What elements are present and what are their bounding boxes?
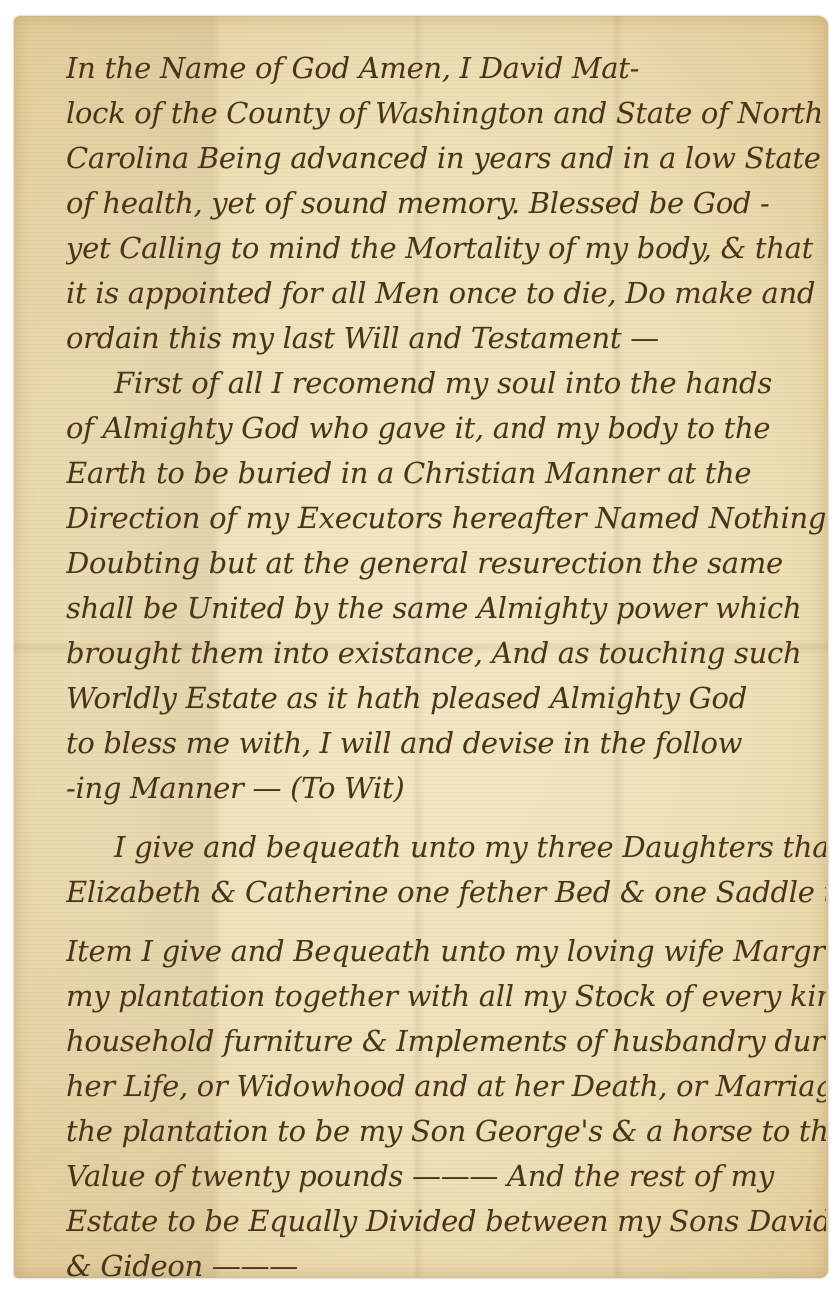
will-text: In the Name of God Amen, I David Mat- lo… [66,46,826,1289]
text-line: Estate to be Equally Divided between my … [66,1199,826,1244]
text-line: -ing Manner — (To Wit) [66,766,826,811]
text-line: I give and bequeath unto my three Daught… [66,825,826,870]
text-line: Earth to be buried in a Christian Manner… [66,451,826,496]
text-line: to bless me with, I will and devise in t… [66,721,826,766]
text-line: & Gideon ——— [66,1244,826,1289]
text-line: the plantation to be my Son George's & a… [66,1109,826,1154]
text-line: it is appointed for all Men once to die,… [66,271,826,316]
text-line: of Almighty God who gave it, and my body… [66,406,826,451]
text-line: brought them into existance, And as touc… [66,631,826,676]
text-line: Item I give and Bequeath unto my loving … [66,929,826,974]
text-line: Doubting but at the general resurection … [66,541,826,586]
text-line: In the Name of God Amen, I David Mat- [66,46,826,91]
text-line: ordain this my last Will and Testament — [66,316,826,361]
text-line: shall be United by the same Almighty pow… [66,586,826,631]
text-line: Carolina Being advanced in years and in … [66,136,826,181]
text-line: Value of twenty pounds ——— And the rest … [66,1154,826,1199]
text-line: First of all I recomend my soul into the… [66,361,826,406]
text-line: household furniture & Implements of husb… [66,1019,826,1064]
text-line: lock of the County of Washington and Sta… [66,91,826,136]
text-line: Elizabeth & Catherine one fether Bed & o… [66,870,826,915]
text-line: yet Calling to mind the Mortality of my … [66,226,826,271]
text-line: of health, yet of sound memory. Blessed … [66,181,826,226]
text-line: Direction of my Executors hereafter Name… [66,496,826,541]
text-line: my plantation together with all my Stock… [66,974,826,1019]
text-line: her Life, or Widowhood and at her Death,… [66,1064,826,1109]
text-line: Worldly Estate as it hath pleased Almigh… [66,676,826,721]
will-document-page: In the Name of God Amen, I David Mat- lo… [14,16,828,1278]
